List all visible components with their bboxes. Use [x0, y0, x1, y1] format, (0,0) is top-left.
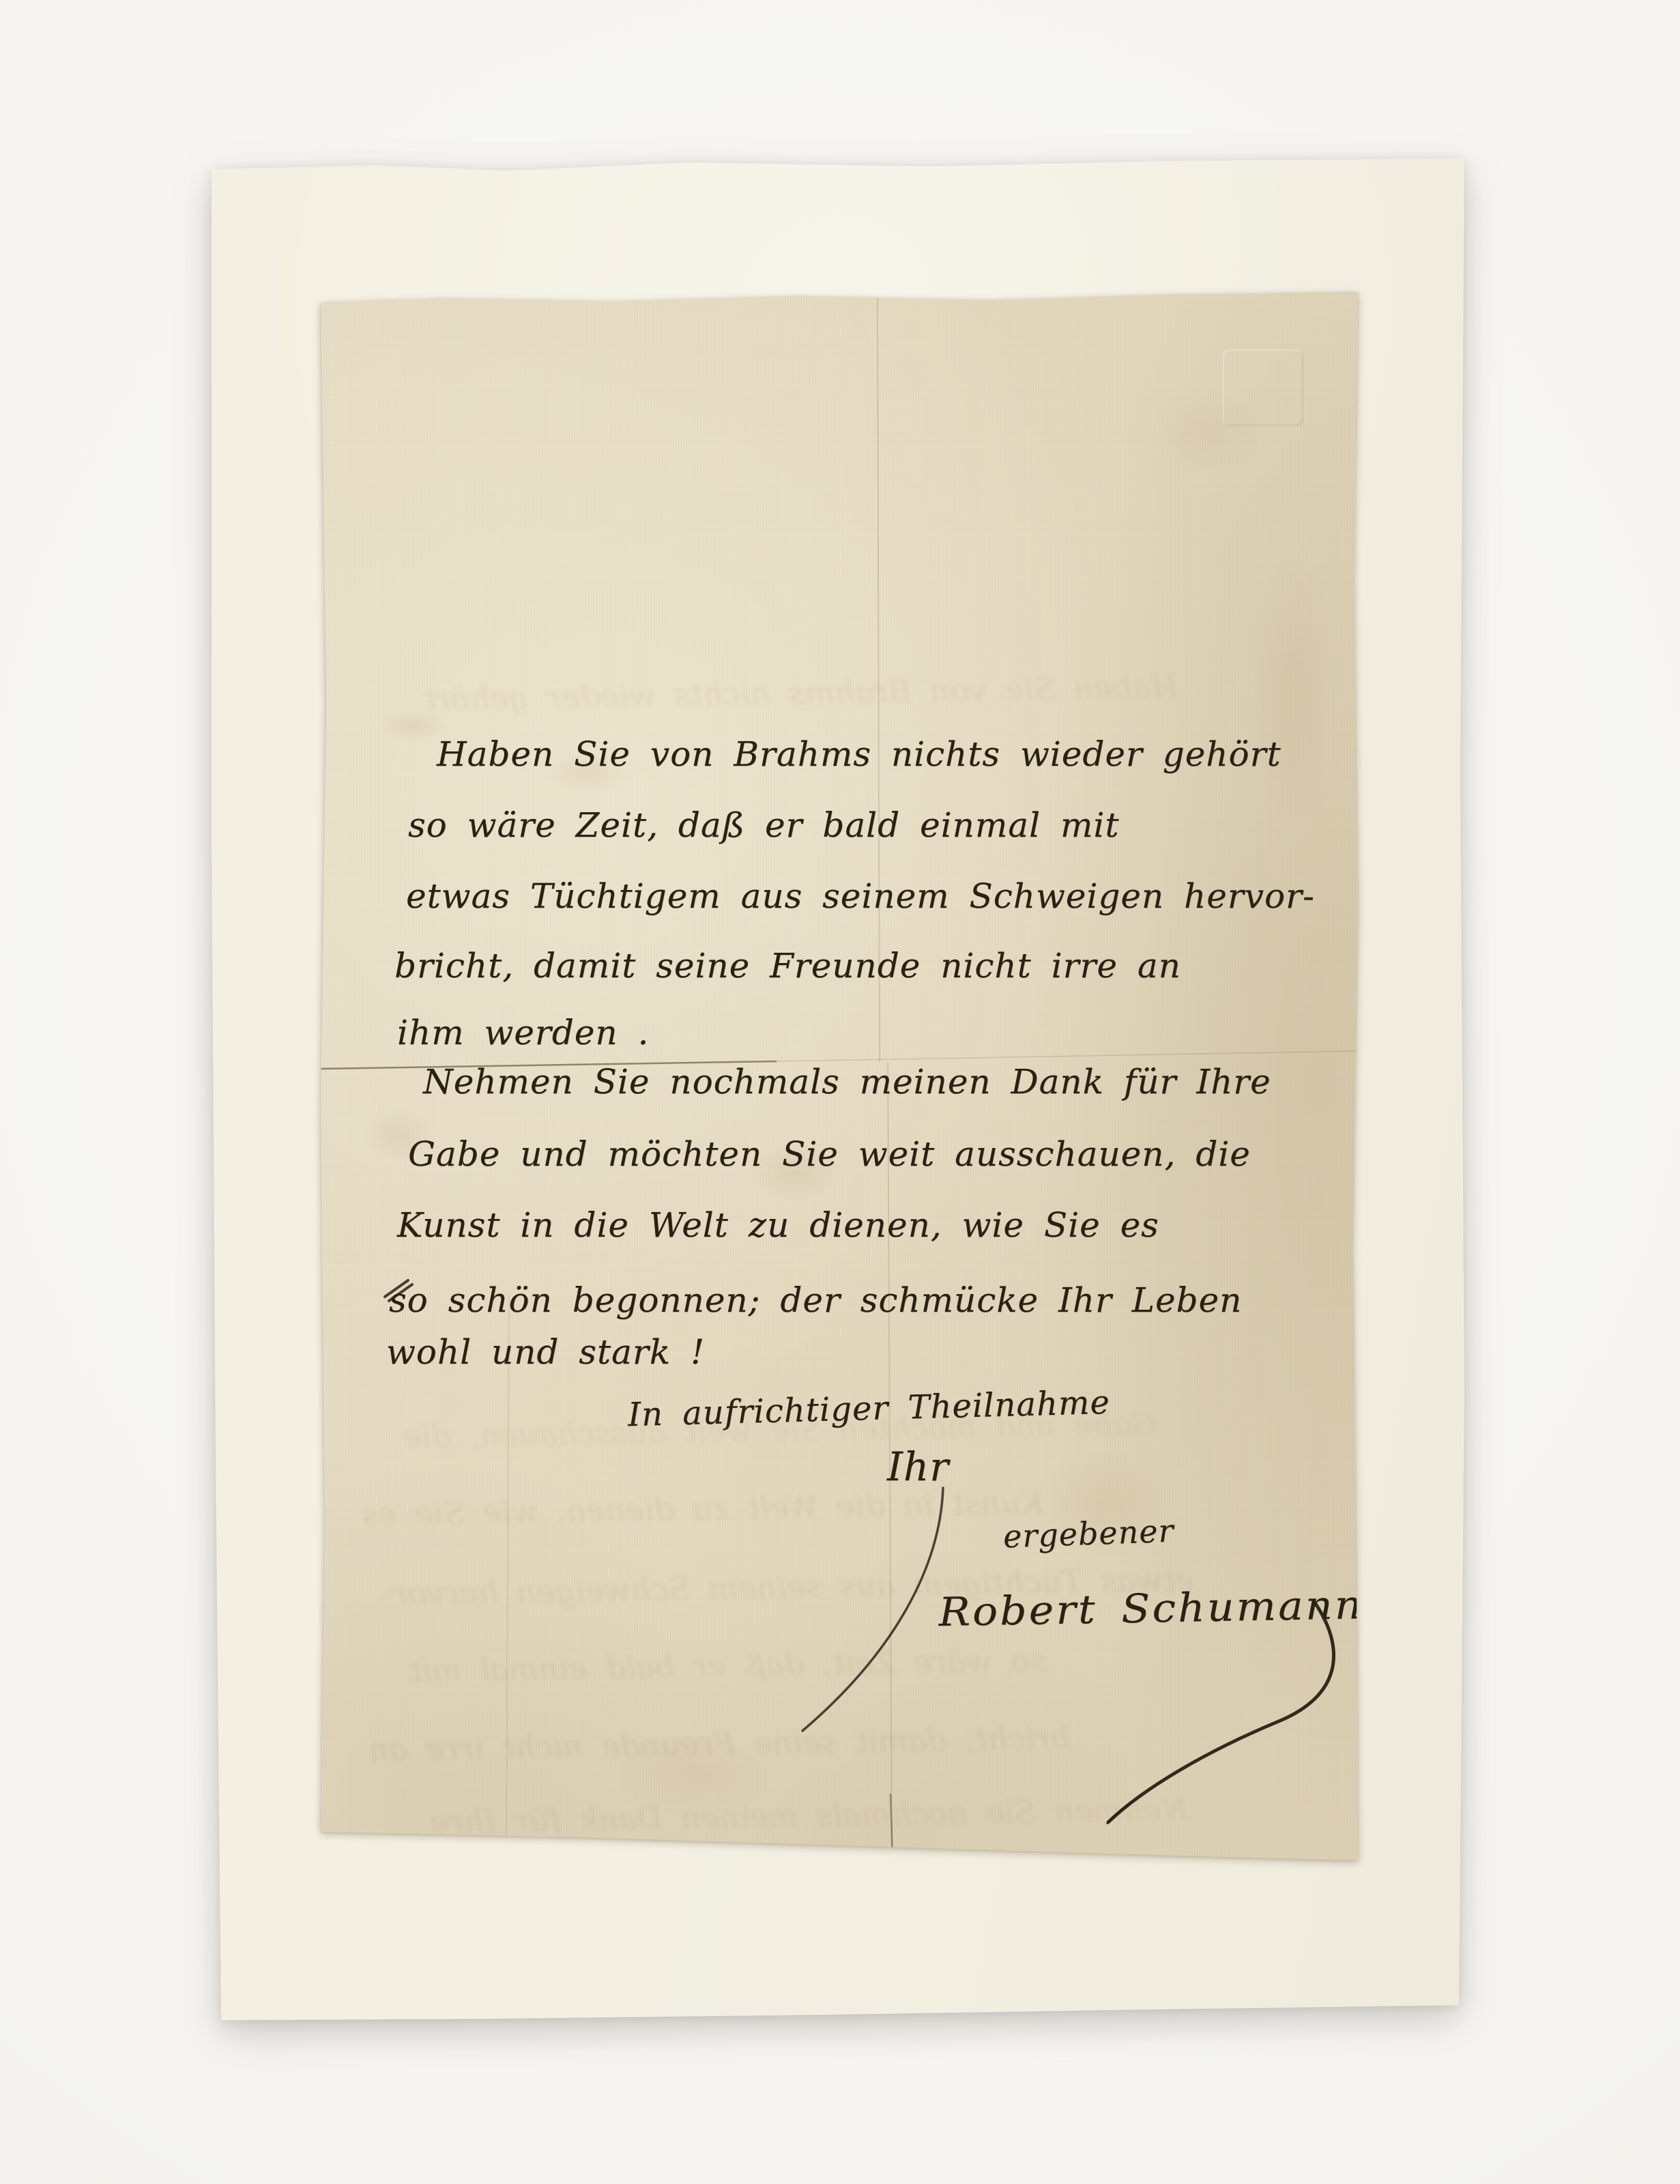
manuscript-line-7: Gabe und möchten Sie weit ausschauen, di… — [408, 1137, 1251, 1171]
bleed-through-writing: bricht, damit seine Freunde nicht irre a… — [368, 1719, 1071, 1768]
mount-shadow: Haben Sie von Brahms nichts wieder gehör… — [0, 0, 1680, 2184]
closing-pronoun: Ihr — [887, 1447, 949, 1486]
mount-sheet: Haben Sie von Brahms nichts wieder gehör… — [212, 158, 1464, 2020]
manuscript-line-3: etwas Tüchtigem aus seinem Schweigen her… — [406, 879, 1315, 913]
manuscript-line-8: Kunst in die Welt zu dienen, wie Sie es — [397, 1208, 1159, 1242]
letter-shadow: Haben Sie von Brahms nichts wieder gehör… — [321, 292, 1358, 1862]
manuscript-line-4: bricht, damit seine Freunde nicht irre a… — [394, 949, 1181, 983]
manuscript-line-9: so schön begonnen; der schmücke Ihr Lebe… — [389, 1283, 1242, 1317]
signature-flourish — [1108, 1604, 1334, 1822]
horizontal-crease-faint — [777, 1051, 1358, 1061]
bleed-through-writing: Haben Sie von Brahms nichts wieder gehör… — [423, 667, 1178, 717]
manuscript-line-1: Haben Sie von Brahms nichts wieder gehör… — [437, 737, 1281, 771]
bleed-through-writing: Kunst in die Welt zu dienen, wie Sie es — [362, 1484, 1044, 1532]
foxing-stain — [1235, 497, 1351, 879]
manuscript-line-2: so wäre Zeit, daß er bald einmal mit — [408, 808, 1119, 842]
manuscript-line-6: Nehmen Sie nochmals meinen Dank für Ihre — [423, 1065, 1271, 1099]
closing-word: ergebener — [1002, 1515, 1174, 1553]
blind-embossed-stamp — [1223, 349, 1303, 426]
manuscript-line-5: ihm werden . — [397, 1016, 649, 1050]
signature: Robert Schumann — [938, 1585, 1364, 1632]
bleed-through-writing: so wäre Zeit, daß er bald einmal mit — [409, 1641, 1046, 1689]
bleed-through-writing: Nehmen Sie nochmals meinen Dank für Ihre — [430, 1790, 1189, 1840]
photo-background: Haben Sie von Brahms nichts wieder gehör… — [0, 0, 1680, 2184]
manuscript-line-10: wohl und stark ! — [386, 1335, 705, 1369]
letter-sheet: Haben Sie von Brahms nichts wieder gehör… — [321, 292, 1358, 1862]
